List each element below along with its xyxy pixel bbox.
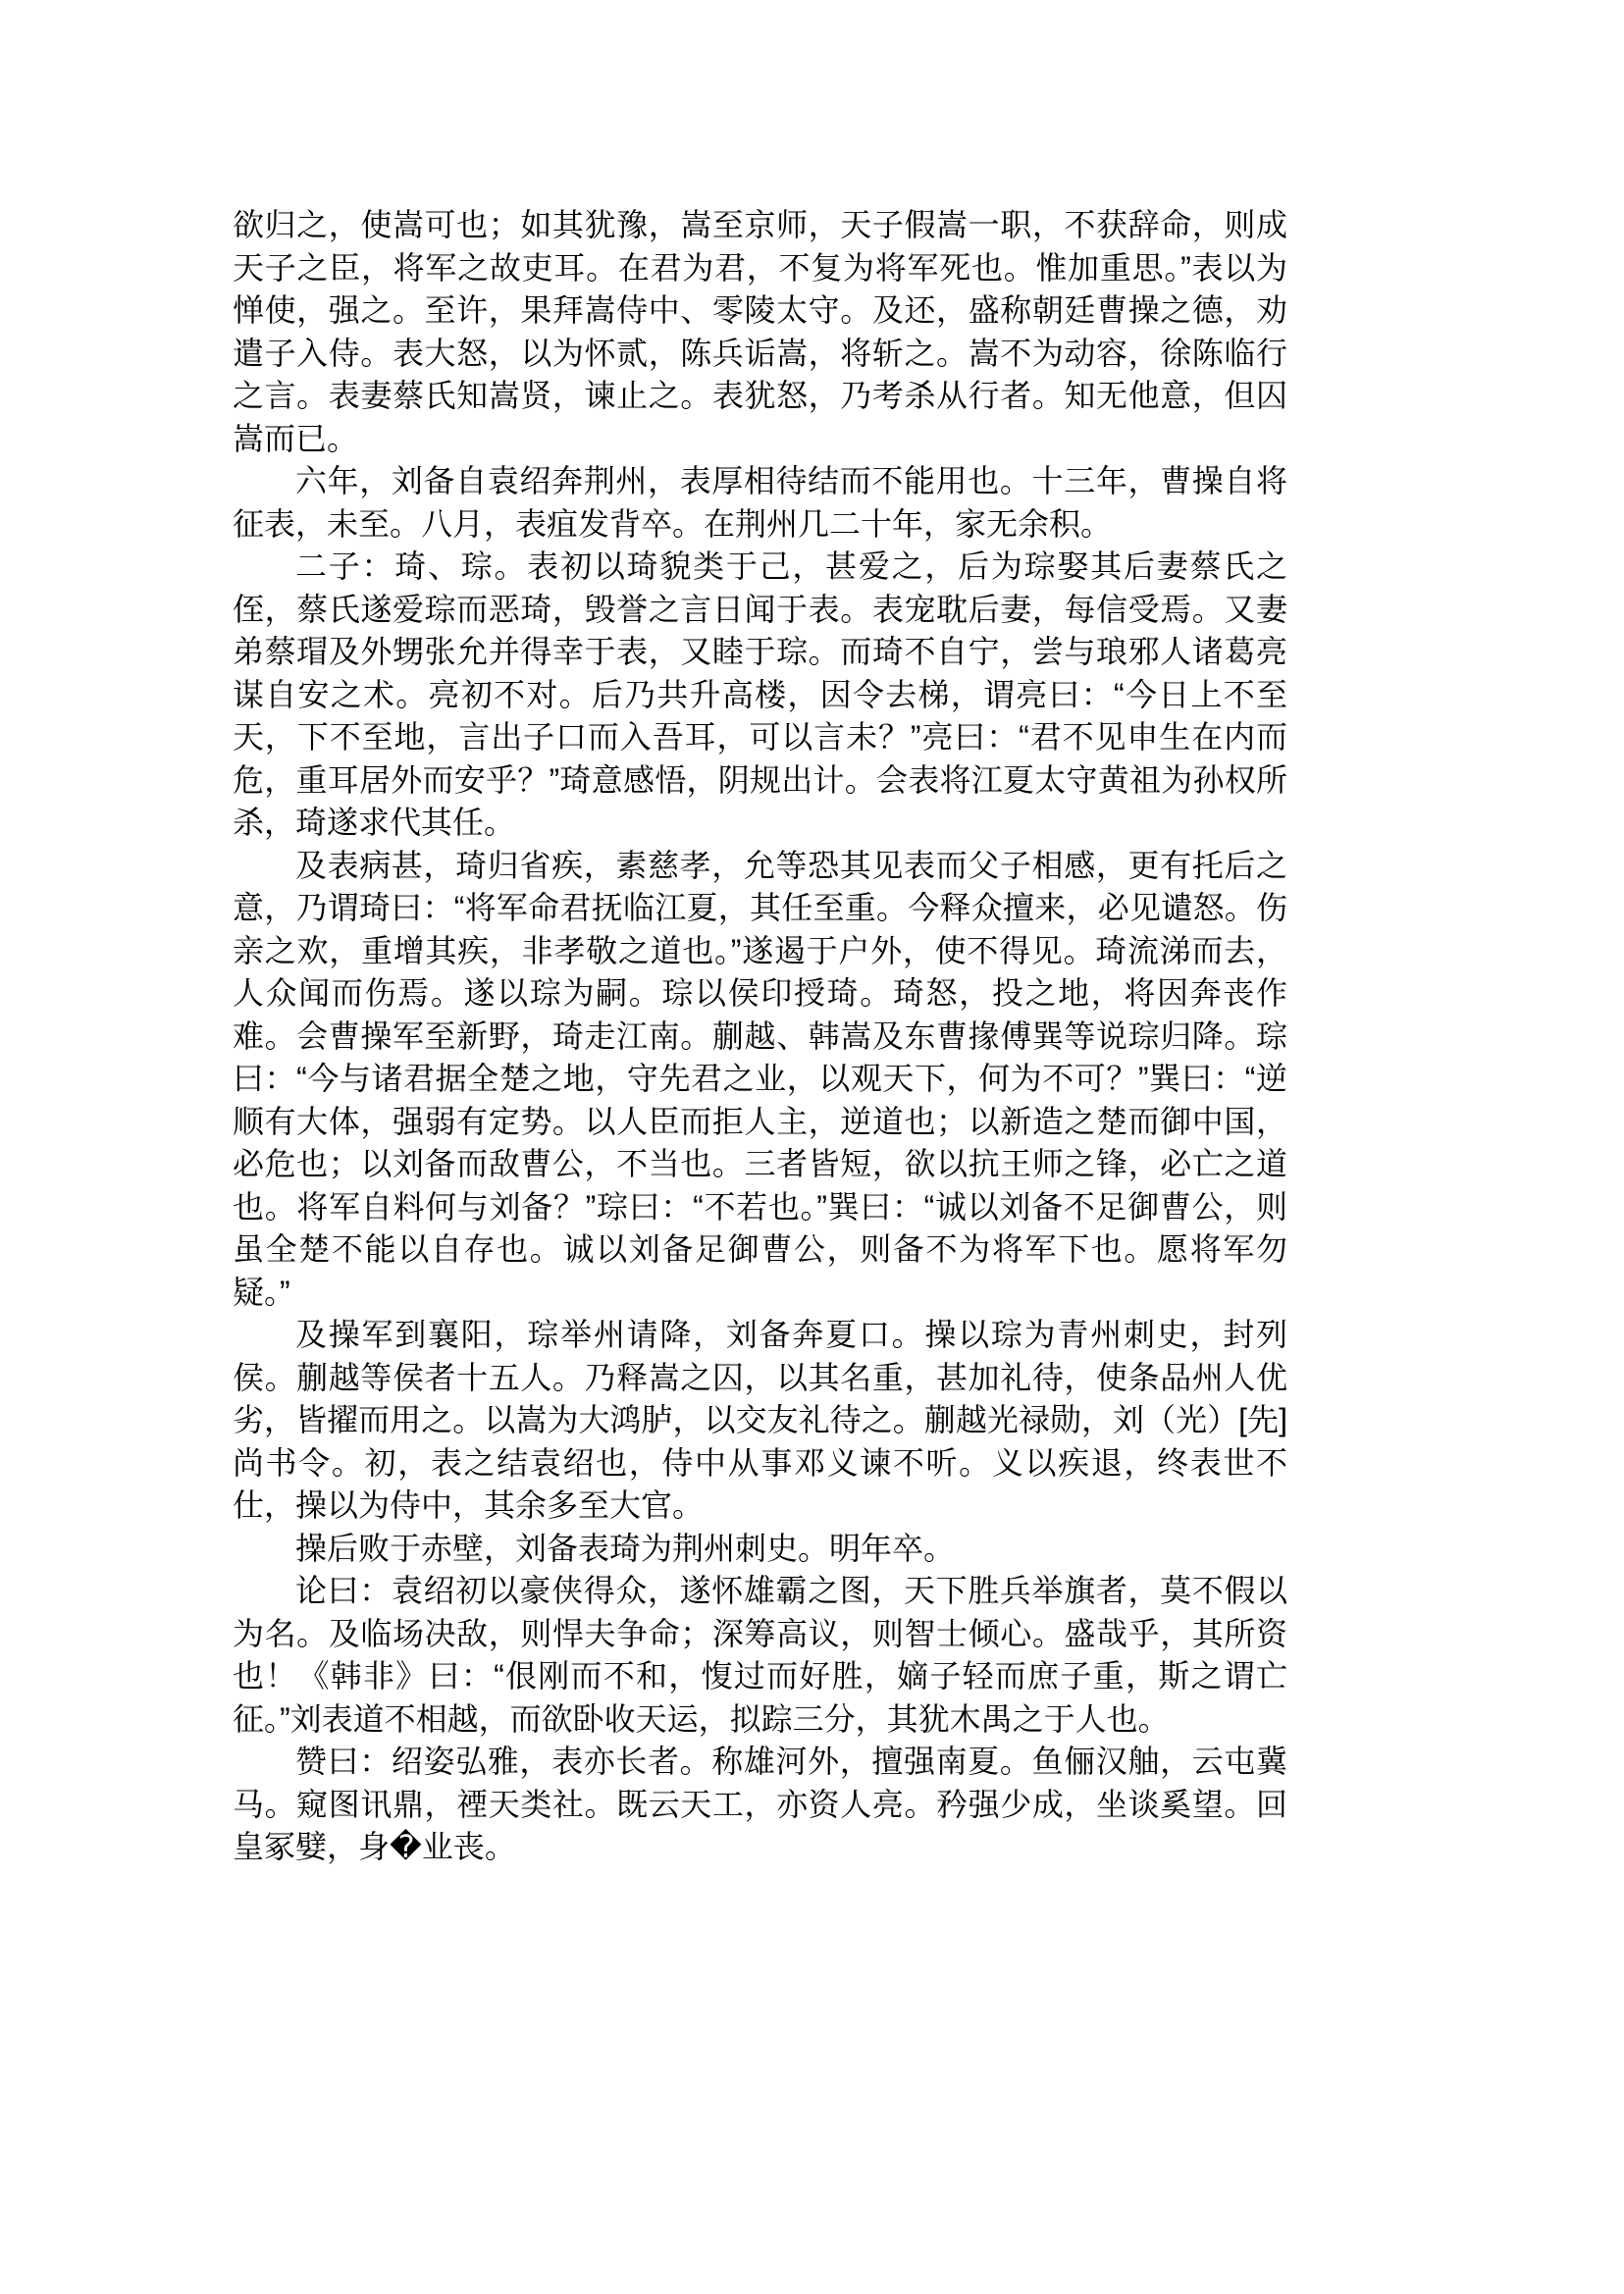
- paragraph: 二子：琦、琮。表初以琦貌类于己，甚爱之，后为琮娶其后妻蔡氏之侄，蔡氏遂爱琮而恶琦…: [233, 546, 1287, 845]
- paragraph: 论曰：袁绍初以豪侠得众，遂怀雄霸之图，天下胜兵举旗者，莫不假以为名。及临场决敌，…: [233, 1570, 1287, 1741]
- paragraph: 操后败于赤壁，刘备表琦为荆州刺史。明年卒。: [233, 1528, 1287, 1571]
- paragraph: 欲归之，使嵩可也；如其犹豫，嵩至京师，天子假嵩一职，不获辞命，则成天子之臣，将军…: [233, 204, 1287, 460]
- paragraph: 赞曰：绍姿弘雅，表亦长者。称雄河外，擅强南夏。鱼俪汉舳，云屯冀马。窥图讯鼎，禋天…: [233, 1741, 1287, 1869]
- text-block: 欲归之，使嵩可也；如其犹豫，嵩至京师，天子假嵩一职，不获辞命，则成天子之臣，将军…: [233, 204, 1287, 1869]
- paragraph: 及表病甚，琦归省疾，素慈孝，允等恐其见表而父子相感，更有托后之意，乃谓琦曰：“将…: [233, 845, 1287, 1315]
- document-page: 欲归之，使嵩可也；如其犹豫，嵩至京师，天子假嵩一职，不获辞命，则成天子之臣，将军…: [0, 0, 1624, 2294]
- paragraph: 及操军到襄阳，琮举州请降，刘备奔夏口。操以琮为青州刺史，封列侯。蒯越等侯者十五人…: [233, 1314, 1287, 1528]
- paragraph: 六年，刘备自袁绍奔荆州，表厚相待结而不能用也。十三年，曹操自将征表，未至。八月，…: [233, 460, 1287, 546]
